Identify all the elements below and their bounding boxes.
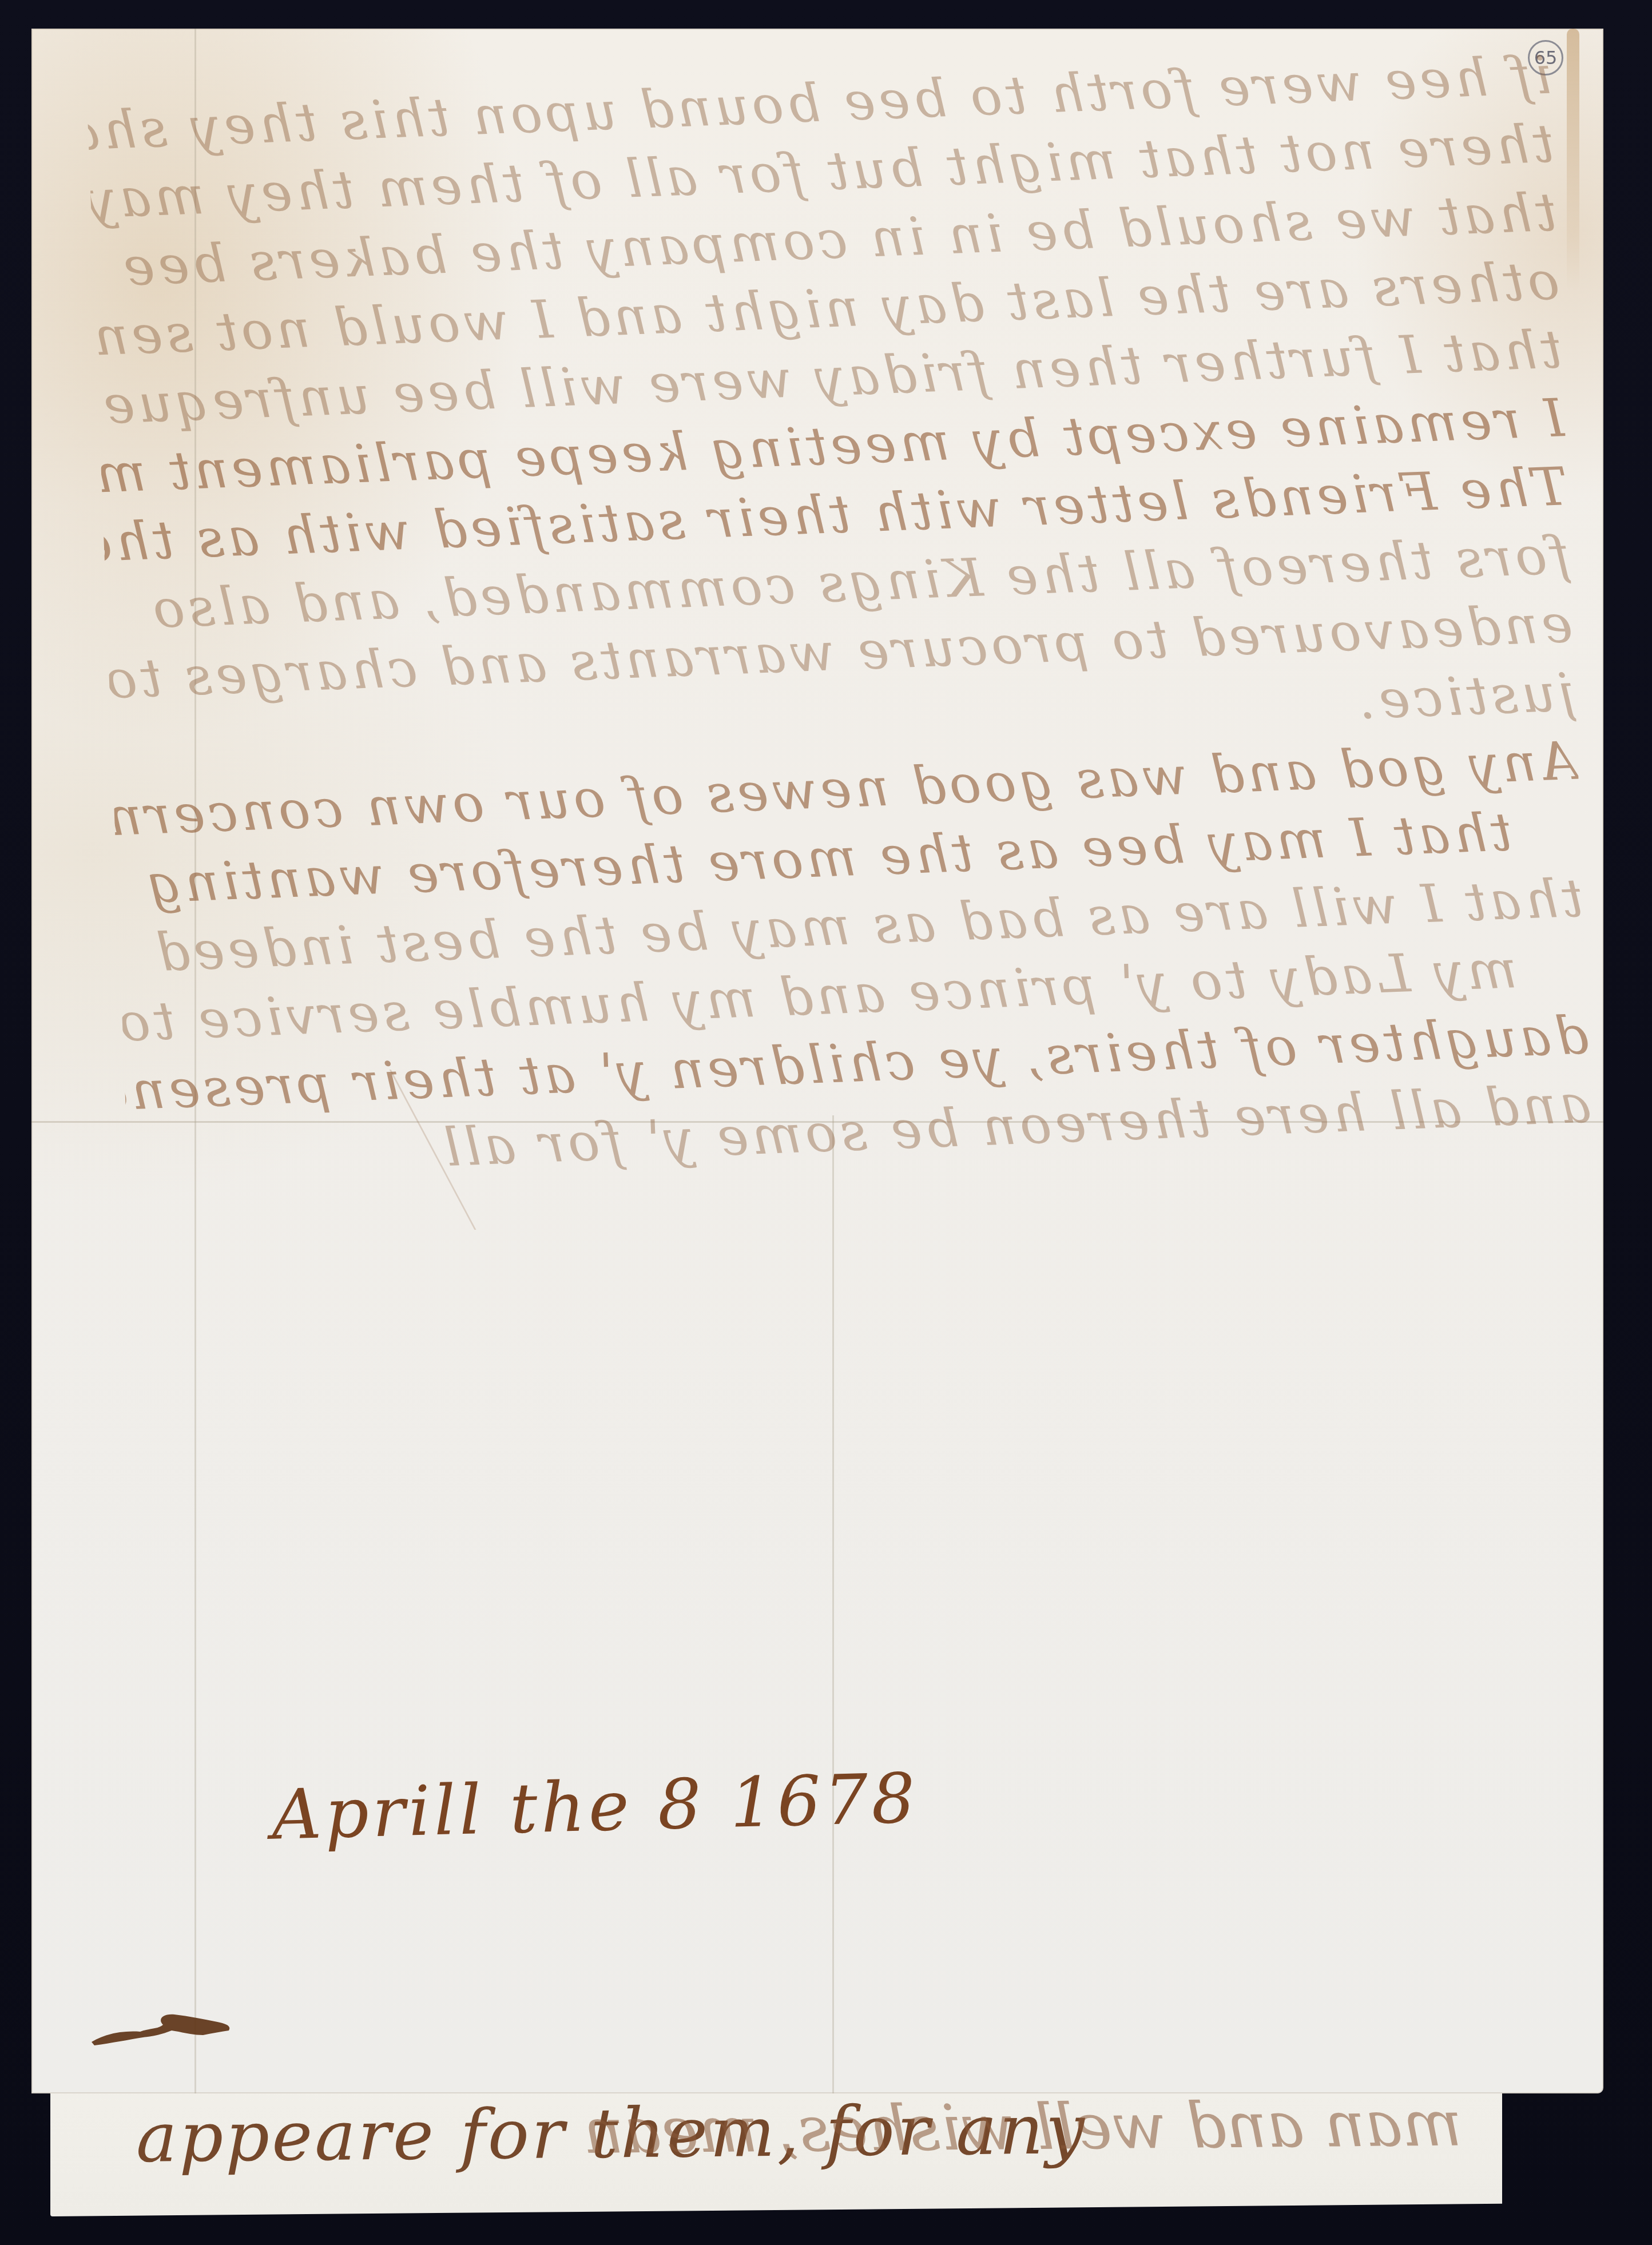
edge-stain (1567, 29, 1579, 292)
endorsement-date: Aprill the 8 1678 (271, 1759, 919, 1855)
underlying-sheet-mirrored-text: man and well wishes, mean (583, 2087, 1462, 2167)
manuscript-leaf: 65 if hee were forth to bee bound upon t… (31, 29, 1603, 2093)
fold-line-vertical-center (832, 1115, 834, 2093)
seal-stain-icon (89, 2002, 237, 2048)
bleed-through-text: if hee were forth to bee bound upon this… (87, 41, 1589, 1115)
